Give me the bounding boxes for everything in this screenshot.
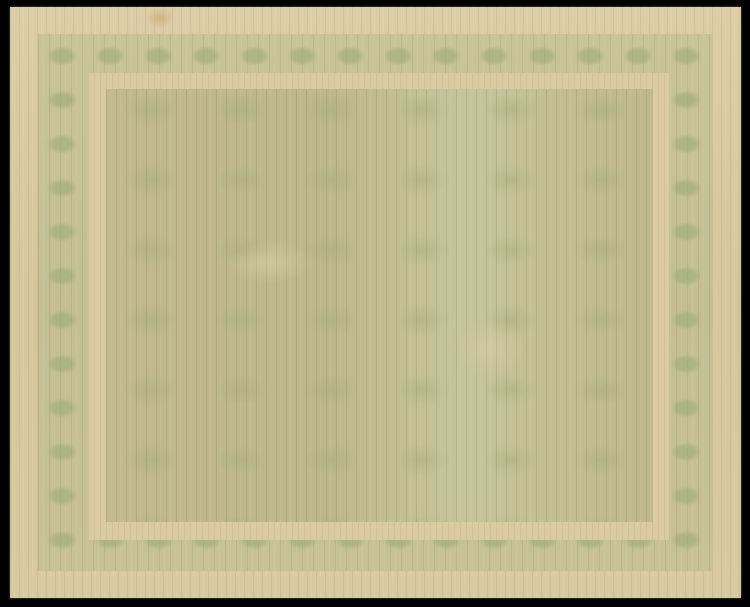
rug (10, 7, 741, 598)
rug-field (106, 89, 653, 522)
rug-stain (146, 7, 174, 29)
